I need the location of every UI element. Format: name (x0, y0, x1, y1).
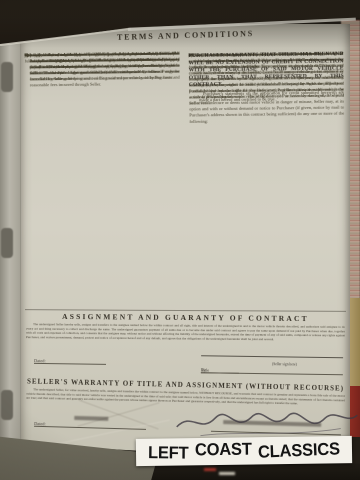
seller-signature-line (201, 355, 343, 358)
typed-date-smudge (74, 416, 108, 421)
binder-ring-notch (1, 62, 13, 92)
term-subitem: (i)To bring or defend any action or proc… (29, 50, 179, 52)
terms-columns: 1.Title to said motor vehicle shall rema… (24, 43, 346, 309)
dated-field: Dated: (34, 357, 106, 365)
purchaser-warranty-caps: PURCHASER WARRANTS THAT THERE HAS BEEN A… (188, 50, 343, 88)
watermark-word: COAST (195, 439, 252, 460)
scrap-paper-mark (219, 472, 235, 475)
assignment-heading: ASSIGNMENT AND GUARANTY OF CONTRACT (21, 312, 350, 324)
photo-scene: TERMS AND CONDITIONS 1.Title to said mot… (0, 0, 360, 480)
assignment-signature-area: Dated: (Seller sign here) By Title (26, 349, 345, 380)
dated-line (34, 420, 146, 430)
terms-left-column: 1.Title to said motor vehicle shall rema… (24, 45, 182, 309)
watermark-word: LEFT (148, 443, 189, 463)
title-line (201, 366, 239, 374)
dated-line (34, 357, 106, 365)
contract-page: TERMS AND CONDITIONS 1.Title to said mot… (21, 24, 350, 468)
binder-ring-notch (1, 228, 13, 258)
by-title-row: By Title (201, 366, 343, 375)
assignment-body: The undersigned Seller hereby sells, ass… (26, 323, 345, 351)
credit-note: Purchaser's statements on the applicatio… (199, 89, 344, 103)
dated-field-bottom: Dated: (34, 420, 146, 430)
left-coast-classics-watermark: LEFT COAST CLASSICS (136, 436, 352, 466)
scrap-paper-mark (204, 468, 216, 471)
terms-right-column: 3.Should Purchaser fail or neglect to ma… (188, 43, 346, 307)
binder-ring-notch (1, 390, 13, 420)
watermark-word: CLASSICS (257, 439, 340, 462)
